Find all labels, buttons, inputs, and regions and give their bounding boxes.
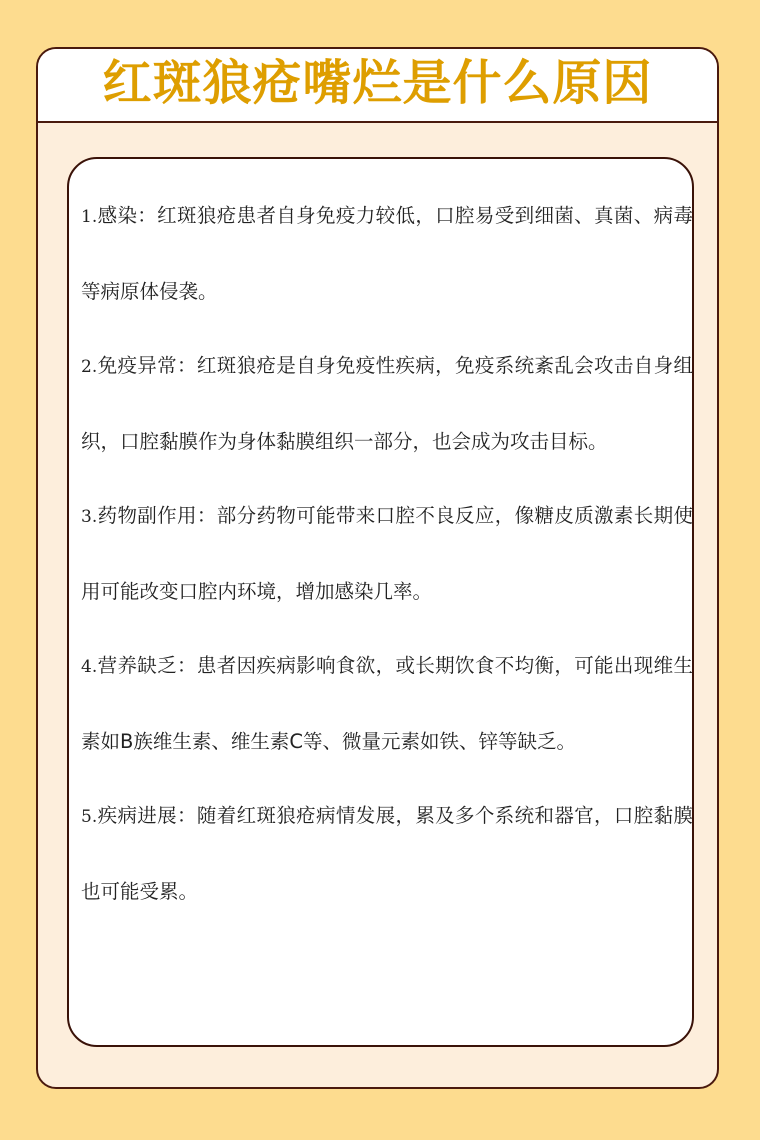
item-number: 3. bbox=[81, 507, 97, 527]
list-item-drug-side-effects: 3.药物副作用：部分药物可能带来口腔不良反应，像糖皮质激素长期使用可能改变口腔内… bbox=[81, 479, 693, 629]
item-heading: 免疫异常： bbox=[97, 354, 197, 377]
item-heading: 营养缺乏： bbox=[97, 654, 197, 677]
item-number: 5. bbox=[81, 807, 97, 827]
title-header: 红斑狼疮嘴烂是什么原因 bbox=[38, 49, 717, 123]
item-text: 红斑狼疮患者自身免疫力较低，口腔易受到细菌、真菌、病毒等病原体侵袭。 bbox=[81, 204, 693, 303]
list-item-nutrition-deficiency: 4.营养缺乏：患者因疾病影响食欲，或长期饮食不均衡，可能出现维生素如B族维生素、… bbox=[81, 629, 693, 779]
item-number: 4. bbox=[81, 657, 97, 677]
page-title: 红斑狼疮嘴烂是什么原因 bbox=[103, 59, 653, 107]
cause-list: 1.感染：红斑狼疮患者自身免疫力较低，口腔易受到细菌、真菌、病毒等病原体侵袭。 … bbox=[81, 179, 693, 929]
list-item-infection: 1.感染：红斑狼疮患者自身免疫力较低，口腔易受到细菌、真菌、病毒等病原体侵袭。 bbox=[81, 179, 693, 329]
list-item-disease-progression: 5.疾病进展：随着红斑狼疮病情发展，累及多个系统和器官，口腔黏膜也可能受累。 bbox=[81, 779, 693, 929]
item-number: 2. bbox=[81, 357, 97, 377]
item-heading: 感染： bbox=[97, 204, 157, 227]
item-heading: 药物副作用： bbox=[97, 504, 217, 527]
content-card: 1.感染：红斑狼疮患者自身免疫力较低，口腔易受到细菌、真菌、病毒等病原体侵袭。 … bbox=[67, 157, 694, 1047]
outer-card: 红斑狼疮嘴烂是什么原因 1.感染：红斑狼疮患者自身免疫力较低，口腔易受到细菌、真… bbox=[36, 47, 719, 1089]
list-item-immune-abnormality: 2.免疫异常：红斑狼疮是自身免疫性疾病，免疫系统紊乱会攻击自身组织，口腔黏膜作为… bbox=[81, 329, 693, 479]
item-number: 1. bbox=[81, 207, 97, 227]
item-heading: 疾病进展： bbox=[97, 804, 197, 827]
